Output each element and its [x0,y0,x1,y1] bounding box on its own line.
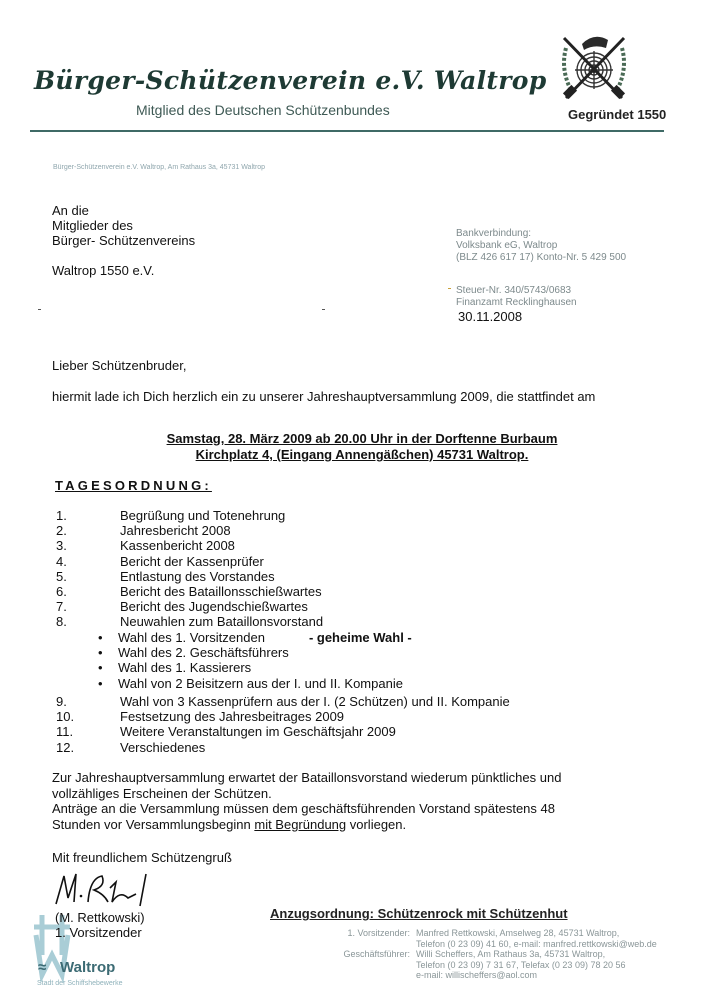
contact-row: Geschäftsführer:Willi Scheffers, Am Rath… [330,949,657,960]
shooting-target-emblem-icon [556,30,632,102]
signer-title: 1. Vorsitzender [55,925,145,940]
agenda-item: 3.Kassenbericht 2008 [56,538,323,553]
founded-label: Gegründet 1550 [568,107,666,122]
bank-line: Volksbank eG, Waltrop [456,240,626,252]
signer-name: (M. Rettkowski) [55,910,145,925]
recipient-line: Bürger- Schützenvereins [52,233,195,248]
agenda-list: 1.Begrüßung und Totenehrung 2.Jahresberi… [56,508,323,630]
contact-row: 1. Vorsitzender:Manfred Rettkowski, Amse… [330,928,657,939]
membership-line: Mitglied des Deutschen Schützenbundes [136,102,390,118]
attendance-paragraph: Zur Jahreshauptversammlung erwartet der … [52,770,592,801]
agenda-item: 4.Bericht der Kassenprüfer [56,554,323,569]
event-date-line: Samstag, 28. März 2009 ab 20.00 Uhr in d… [52,431,672,447]
event-address-line: Kirchplatz 4, (Eingang Annengäßchen) 457… [52,447,672,463]
election-item: •Wahl des 1. Vorsitzenden- geheime Wahl … [98,630,412,645]
bullet-icon: • [98,630,118,645]
election-sublist: •Wahl des 1. Vorsitzenden- geheime Wahl … [98,630,412,691]
letter-date: 30.11.2008 [458,309,522,324]
signer-block: (M. Rettkowski) 1. Vorsitzender [55,910,145,940]
agenda-item: 11.Weitere Veranstaltungen im Geschäftsj… [56,724,510,739]
motions-paragraph: Anträge an die Versammlung müssen dem ge… [52,801,592,832]
intro-paragraph: hiermit lade ich Dich herzlich ein zu un… [52,389,612,405]
regards: Mit freundlichem Schützengruß [52,850,232,865]
dress-code: Anzugsordnung: Schützenrock mit Schützen… [270,906,568,921]
election-item: •Wahl des 2. Geschäftsführers [98,645,412,660]
election-item: •Wahl von 2 Beisitzern aus der I. und II… [98,676,412,691]
agenda-item: 7.Bericht des Jugendschießwartes [56,599,323,614]
underlined-phrase: mit Begründung [254,817,346,832]
city-tagline: Stadt der Schiffshebewerke [37,980,122,987]
bank-line: (BLZ 426 617 17) Konto-Nr. 5 429 500 [456,252,626,264]
agenda-item: 6.Bericht des Bataillonsschießwartes [56,584,323,599]
contact-row: Telefon (0 23 09) 7 31 67, Telefax (0 23… [330,960,657,971]
contact-details: 1. Vorsitzender:Manfred Rettkowski, Amse… [330,928,657,981]
salutation: Lieber Schützenbruder, [52,358,186,373]
fold-mark [448,288,451,289]
header-divider [30,130,664,132]
agenda-item: 8.Neuwahlen zum Bataillonsvorstand [56,614,323,629]
wave-icon: ≈ [38,959,46,976]
tax-line: Finanzamt Recklinghausen [456,297,577,309]
fold-mark [38,309,41,310]
agenda-item: 9.Wahl von 3 Kassenprüfern aus der I. (2… [56,694,510,709]
agenda-list-continued: 9.Wahl von 3 Kassenprüfern aus der I. (2… [56,694,510,755]
agenda-item: 12.Verschiedenes [56,740,510,755]
bank-details: Bankverbindung: Volksbank eG, Waltrop (B… [456,228,626,264]
contact-row: e-mail: willischeffers@aol.com [330,970,657,981]
secret-ballot-note: - geheime Wahl - [309,630,412,645]
recipient-line: An die [52,203,195,218]
club-name: Bürger-Schützenverein e.V. Waltrop [34,66,546,95]
recipient-city-line: Waltrop 1550 e.V. [52,263,195,278]
bank-line: Bankverbindung: [456,228,626,240]
fold-mark [322,309,325,310]
recipient-line: Mitglieder des [52,218,195,233]
contact-row: Telefon (0 23 09) 41 60, e-mail: manfred… [330,939,657,950]
sender-address-line: Bürger-Schützenverein e.V. Waltrop, Am R… [53,164,265,171]
signature [50,868,160,910]
agenda-item: 10.Festsetzung des Jahresbeitrages 2009 [56,709,510,724]
city-name: Waltrop [60,959,115,976]
tax-line: Steuer-Nr. 340/5743/0683 [456,285,577,297]
election-item: •Wahl des 1. Kassierers [98,660,412,675]
agenda-item: 5.Entlastung des Vorstandes [56,569,323,584]
closing-paragraphs: Zur Jahreshauptversammlung erwartet der … [52,770,592,832]
recipient-address: An die Mitglieder des Bürger- Schützenve… [52,203,195,278]
agenda-item: 2.Jahresbericht 2008 [56,523,323,538]
bullet-icon: • [98,645,118,660]
tax-details: Steuer-Nr. 340/5743/0683 Finanzamt Reckl… [456,285,577,309]
bullet-icon: • [98,660,118,675]
agenda-title: TAGESORDNUNG: [55,478,212,493]
agenda-item: 1.Begrüßung und Totenehrung [56,508,323,523]
event-details: Samstag, 28. März 2009 ab 20.00 Uhr in d… [52,431,672,463]
bullet-icon: • [98,676,118,691]
